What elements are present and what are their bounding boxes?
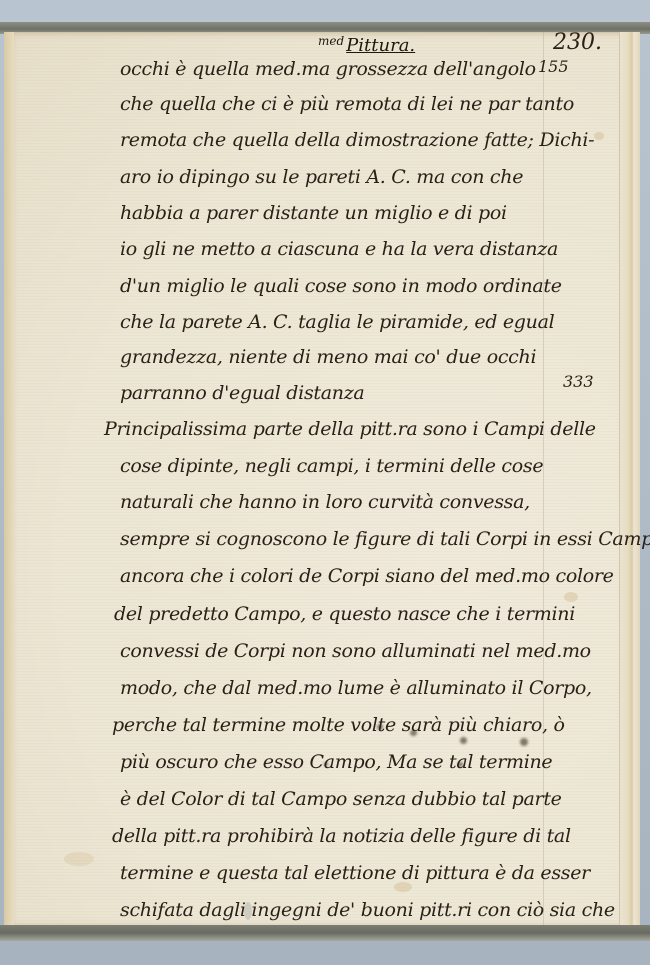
binding-fold [4,32,14,927]
marginal-number: 155 [538,57,569,76]
text-line-3: remota che quella della dimostrazione fa… [120,129,594,151]
text-line-14: sempre si cognoscono le figure di tali C… [120,528,650,550]
text-line-21: è del Color di tal Campo senza dubbio ta… [120,788,562,810]
text-line-10: parranno d'egual distanza [120,382,364,404]
foxing-stain [564,592,578,602]
ink-blot [520,738,528,746]
foxing-stain [594,132,604,140]
text-line-22: della pitt.ra prohibirà la notizia delle… [112,825,571,847]
text-line-17: convessi de Corpi non sono alluminati ne… [120,640,591,662]
text-line-15: ancora che i colori de Corpi siano del m… [120,565,614,587]
book-bottom-edge [0,925,650,941]
text-line-12: cose dipinte, negli campi, i termini del… [120,455,543,477]
text-line-23: termine e questa tal elettione di pittur… [120,862,590,884]
text-line-6: io gli ne metto a ciascuna e ha la vera … [120,238,558,260]
foxing-stain [64,852,94,866]
ink-blot [460,737,467,744]
text-line-24: schifata dagli ingegni de' buoni pitt.ri… [120,899,615,921]
text-line-8: che la parete A. C. taglia le piramide, … [120,311,554,333]
page-heading: medPittura. [318,34,415,56]
manuscript-scan: medPittura. 230. 155 333 occhi è quella … [0,0,650,965]
text-line-20: più oscuro che esso Campo, Ma se tal ter… [120,751,552,773]
text-line-7: d'un miglio le quali cose sono in modo o… [120,275,562,297]
marginal-number: 333 [563,372,594,391]
text-line-18: modo, che dal med.mo lume è alluminato i… [120,677,592,699]
folio-number: 230. [553,30,602,55]
text-line-13: naturali che hanno in loro curvità conve… [120,491,530,513]
page-edge-stack [619,32,640,927]
text-line-2: che quella che ci è più remota di lei ne… [120,93,574,115]
text-line-11: Principalissima parte della pitt.ra sono… [104,418,596,440]
heading-title: Pittura. [346,35,415,56]
text-line-16: del predetto Campo, e questo nasce che i… [114,603,575,625]
text-line-9: grandezza, niente di meno mai co' due oc… [120,346,536,368]
text-line-19: perche tal termine molte volte sarà più … [112,714,565,736]
text-line-5: habbia a parer distante un miglio e di p… [120,202,507,224]
text-line-1: occhi è quella med.ma grossezza dell'ang… [120,58,536,80]
heading-prefix: med [318,34,344,48]
text-line-4: aro io dipingo su le pareti A. C. ma con… [120,166,523,188]
